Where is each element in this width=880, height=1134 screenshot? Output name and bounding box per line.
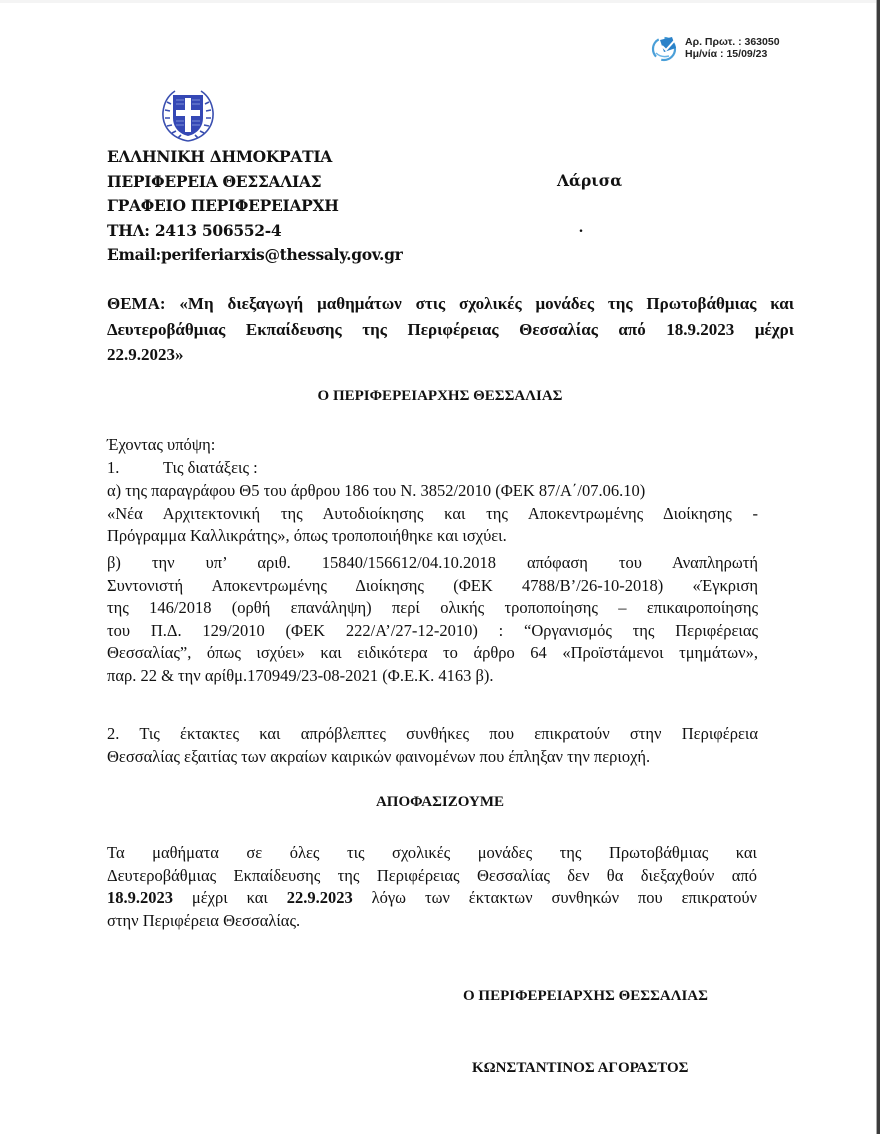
greek-coat-of-arms-icon xyxy=(157,88,219,144)
header-country: ΕΛΛΗΝΙΚΗ ΔΗΜΟΚΡΑΤΙΑ xyxy=(107,145,402,170)
consideration-item-a: α) της παραγράφου Θ5 του άρθρου 186 του … xyxy=(107,480,758,548)
protocol-stamp: Αρ. Πρωτ. : 363050 Ημ/νία : 15/09/23 xyxy=(651,34,780,62)
item-b-line: παρ. 22 & την αρίθμ.170949/23-08-2021 (Φ… xyxy=(107,665,758,688)
decision-reason: λόγω των έκτακτων συνθηκών που επικρατού… xyxy=(353,888,757,907)
sender-header: ΕΛΛΗΝΙΚΗ ΔΗΜΟΚΡΑΤΙΑ ΠΕΡΙΦΕΡΕΙΑ ΘΕΣΣΑΛΙΑΣ… xyxy=(107,145,402,268)
document-date-placeholder: . xyxy=(579,219,583,237)
date-connector: μέχρι και xyxy=(173,888,287,907)
item-a-line: α) της παραγράφου Θ5 του άρθρου 186 του … xyxy=(107,480,758,503)
item-b-line: Θεσσαλίας”, όπως ισχύει» και ειδικότερα … xyxy=(107,642,758,665)
signature-title: Ο ΠΕΡΙΦΕΡΕΙΑΡΧΗΣ ΘΕΣΣΑΛΙΑΣ xyxy=(463,988,708,1005)
subject-line: ΘΕΜΑ: «Μη διεξαγωγή μαθημάτων στις σχολι… xyxy=(107,291,794,317)
considerations-intro: Έχοντας υπόψη: xyxy=(107,434,758,457)
consideration-item-b: β) την υπ’ αριθ. 15840/156612/04.10.2018… xyxy=(107,552,758,687)
header-phone: ΤΗΛ: 2413 506552-4 xyxy=(107,219,402,244)
item-a-line: «Νέα Αρχιτεκτονική της Αυτοδιοίκησης και… xyxy=(107,503,758,526)
decision-line: στην Περιφέρεια Θεσσαλίας. xyxy=(107,910,757,933)
start-date: 18.9.2023 xyxy=(107,888,173,907)
item-b-line: Συντονιστή Αποκεντρωμένης Διοίκησης (ΦΕΚ… xyxy=(107,575,758,598)
item-2-line: 2. Τις έκτακτες και απρόβλεπτες συνθήκες… xyxy=(107,723,758,746)
header-office: ΓΡΑΦΕΙΟ ΠΕΡΙΦΕΡΕΙΑΡΧΗ xyxy=(107,194,402,219)
decision-text: Τα μαθήματα σε όλες τις σχολικές μονάδες… xyxy=(107,842,757,932)
issuer-heading: Ο ΠΕΡΙΦΕΡΕΙΑΡΧΗΣ ΘΕΣΣΑΛΙΑΣ xyxy=(0,388,880,405)
protocol-checkmark-icon xyxy=(651,34,679,62)
decision-heading: ΑΠΟΦΑΣΙΖΟΥΜΕ xyxy=(0,794,880,811)
header-email[interactable]: Email:periferiarxis@thessaly.gov.gr xyxy=(107,243,402,268)
item-b-line: του Π.Δ. 129/2010 (ΦΕΚ 222/Α’/27-12-2010… xyxy=(107,620,758,643)
decision-line: 18.9.2023 μέχρι και 22.9.2023 λόγω των έ… xyxy=(107,887,757,910)
protocol-date: Ημ/νία : 15/09/23 xyxy=(685,48,780,60)
header-region: ΠΕΡΙΦΕΡΕΙΑ ΘΕΣΣΑΛΙΑΣ xyxy=(107,170,402,195)
decision-line: Δευτεροβάθμιας Εκπαίδευσης της Περιφέρει… xyxy=(107,865,757,888)
item-2-line: Θεσσαλίας εξαιτίας των ακραίων καιρικών … xyxy=(107,746,758,769)
item-a-line: Πρόγραμμα Καλλικράτης», όπως τροποποιήθη… xyxy=(107,525,758,548)
consideration-item-2: 2. Τις έκτακτες και απρόβλεπτες συνθήκες… xyxy=(107,723,758,768)
item-b-line: β) την υπ’ αριθ. 15840/156612/04.10.2018… xyxy=(107,552,758,575)
end-date: 22.9.2023 xyxy=(287,888,353,907)
subject-line: 22.9.2023» xyxy=(107,342,794,368)
document-subject: ΘΕΜΑ: «Μη διεξαγωγή μαθημάτων στις σχολι… xyxy=(107,291,794,368)
signature-name: ΚΩΝΣΤΑΝΤΙΝΟΣ ΑΓΟΡΑΣΤΟΣ xyxy=(472,1060,688,1077)
consideration-item-1: 1.Τις διατάξεις : xyxy=(107,457,758,480)
document-place: Λάρισα xyxy=(557,171,622,190)
subject-line: Δευτεροβάθμιας Εκπαίδευσης της Περιφέρει… xyxy=(107,317,794,343)
page-top-shade xyxy=(0,0,877,3)
decision-line: Τα μαθήματα σε όλες τις σχολικές μονάδες… xyxy=(107,842,757,865)
item-b-line: της 146/2018 (ορθή επανάληψη) περί ολική… xyxy=(107,597,758,620)
item-number: 1. xyxy=(107,457,163,480)
item-label: Τις διατάξεις : xyxy=(163,458,258,477)
protocol-number: Αρ. Πρωτ. : 363050 xyxy=(685,36,780,48)
